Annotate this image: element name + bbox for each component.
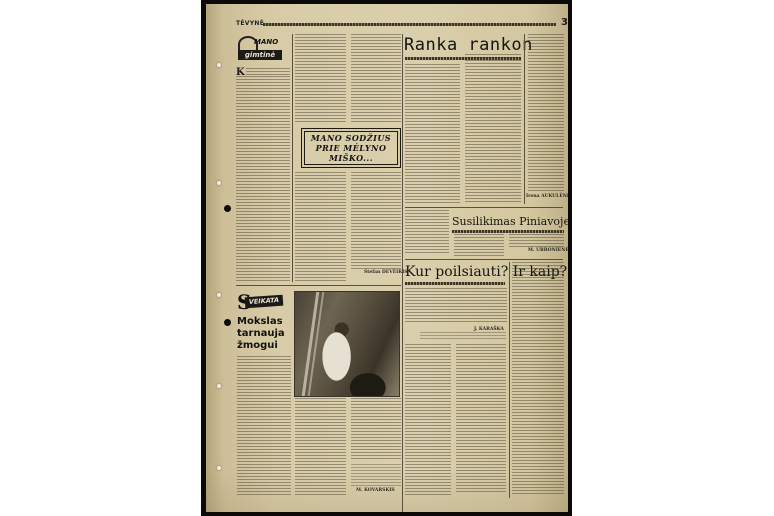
punch-hole <box>224 319 231 326</box>
article-text-susilikimas <box>454 234 504 256</box>
headline-mokslas: Mokslas tarnauja žmogui <box>237 316 297 352</box>
article-text-mokslas-cont <box>351 464 401 486</box>
masthead: TĖVYNĖ 3 <box>236 20 568 30</box>
pin-hole <box>217 466 221 470</box>
logo-band: gimtinė <box>238 50 282 60</box>
photo-nurse <box>294 291 400 397</box>
article-text-susilikimas <box>509 234 564 248</box>
logo-band: VEIKATA <box>245 295 284 309</box>
logo-word: MANO <box>254 38 278 46</box>
article-text-mokslas-cont <box>351 398 401 460</box>
headline-line: MANO SODŽIUS <box>302 133 400 143</box>
article-text-mano-sodzius <box>295 172 346 282</box>
byline: Irena AUKULĖNĖ <box>526 194 568 199</box>
article-text-address <box>420 332 506 340</box>
newspaper-name: TĖVYNĖ <box>236 20 264 27</box>
article-text-ranka-rankon <box>465 54 521 204</box>
headline-rule <box>405 282 505 285</box>
pin-hole <box>217 63 221 67</box>
article-text-kur-poilsiauti-intro <box>405 288 507 324</box>
byline: Stefan DEVĖIKIS <box>364 270 408 275</box>
article-text-ranka-rankon <box>528 34 564 192</box>
punch-hole <box>224 205 231 212</box>
masthead-rule <box>263 23 556 26</box>
headline-rule <box>452 230 564 233</box>
pin-hole <box>217 293 221 297</box>
headline-line: MIŠKO... <box>302 153 400 163</box>
headline-line: žmogui <box>237 340 297 352</box>
headline-mano-sodzius: MANO SODŽIUS PRIE MĖLYNO MIŠKO... <box>301 128 401 168</box>
section-divider <box>236 285 401 286</box>
headline-ranka-rankon: Ranka rankon <box>404 35 533 55</box>
article-text-kur-poilsiauti <box>456 344 506 494</box>
article-text-mano-gimtine <box>236 76 290 281</box>
section-logo-mano-gimtine: MANO gimtinė <box>236 36 284 62</box>
article-text-ranka-rankon <box>405 64 460 204</box>
article-text-mano-gimtine-cont <box>351 34 401 124</box>
article-text-mokslas-cont <box>295 398 346 496</box>
article-text <box>246 68 290 76</box>
newspaper-scan-frame: TĖVYNĖ 3 MANO gimtinė K MANO SODŽIUS PRI… <box>201 0 572 516</box>
column-rule <box>509 262 510 498</box>
column-rule <box>524 34 525 204</box>
pin-hole <box>217 384 221 388</box>
byline: M. KOVARSKIS <box>356 488 395 493</box>
section-logo-sveikata: S VEIKATA <box>237 292 283 312</box>
article-text-mano-sodzius <box>351 172 401 270</box>
headline-line: tarnauja <box>237 328 297 340</box>
article-text-mokslas <box>237 356 291 496</box>
article-text-kur-poilsiauti <box>405 344 451 496</box>
column-rule <box>292 34 293 282</box>
section-divider <box>405 259 563 260</box>
article-text-mano-gimtine-cont <box>295 34 346 124</box>
article-text-susilikimas <box>405 210 449 254</box>
page-number: 3 <box>561 17 568 28</box>
pin-hole <box>217 181 221 185</box>
headline-susilikimas: Susilikimas Piniavoje <box>452 215 568 228</box>
article-text-kur-poilsiauti <box>512 262 564 496</box>
headline-line: PRIE MĖLYNO <box>302 143 400 153</box>
byline: M. URBONIENĖ <box>528 248 568 253</box>
section-divider <box>405 207 563 208</box>
headline-line: Mokslas <box>237 316 297 328</box>
newspaper-page: TĖVYNĖ 3 MANO gimtinė K MANO SODŽIUS PRI… <box>206 4 568 512</box>
